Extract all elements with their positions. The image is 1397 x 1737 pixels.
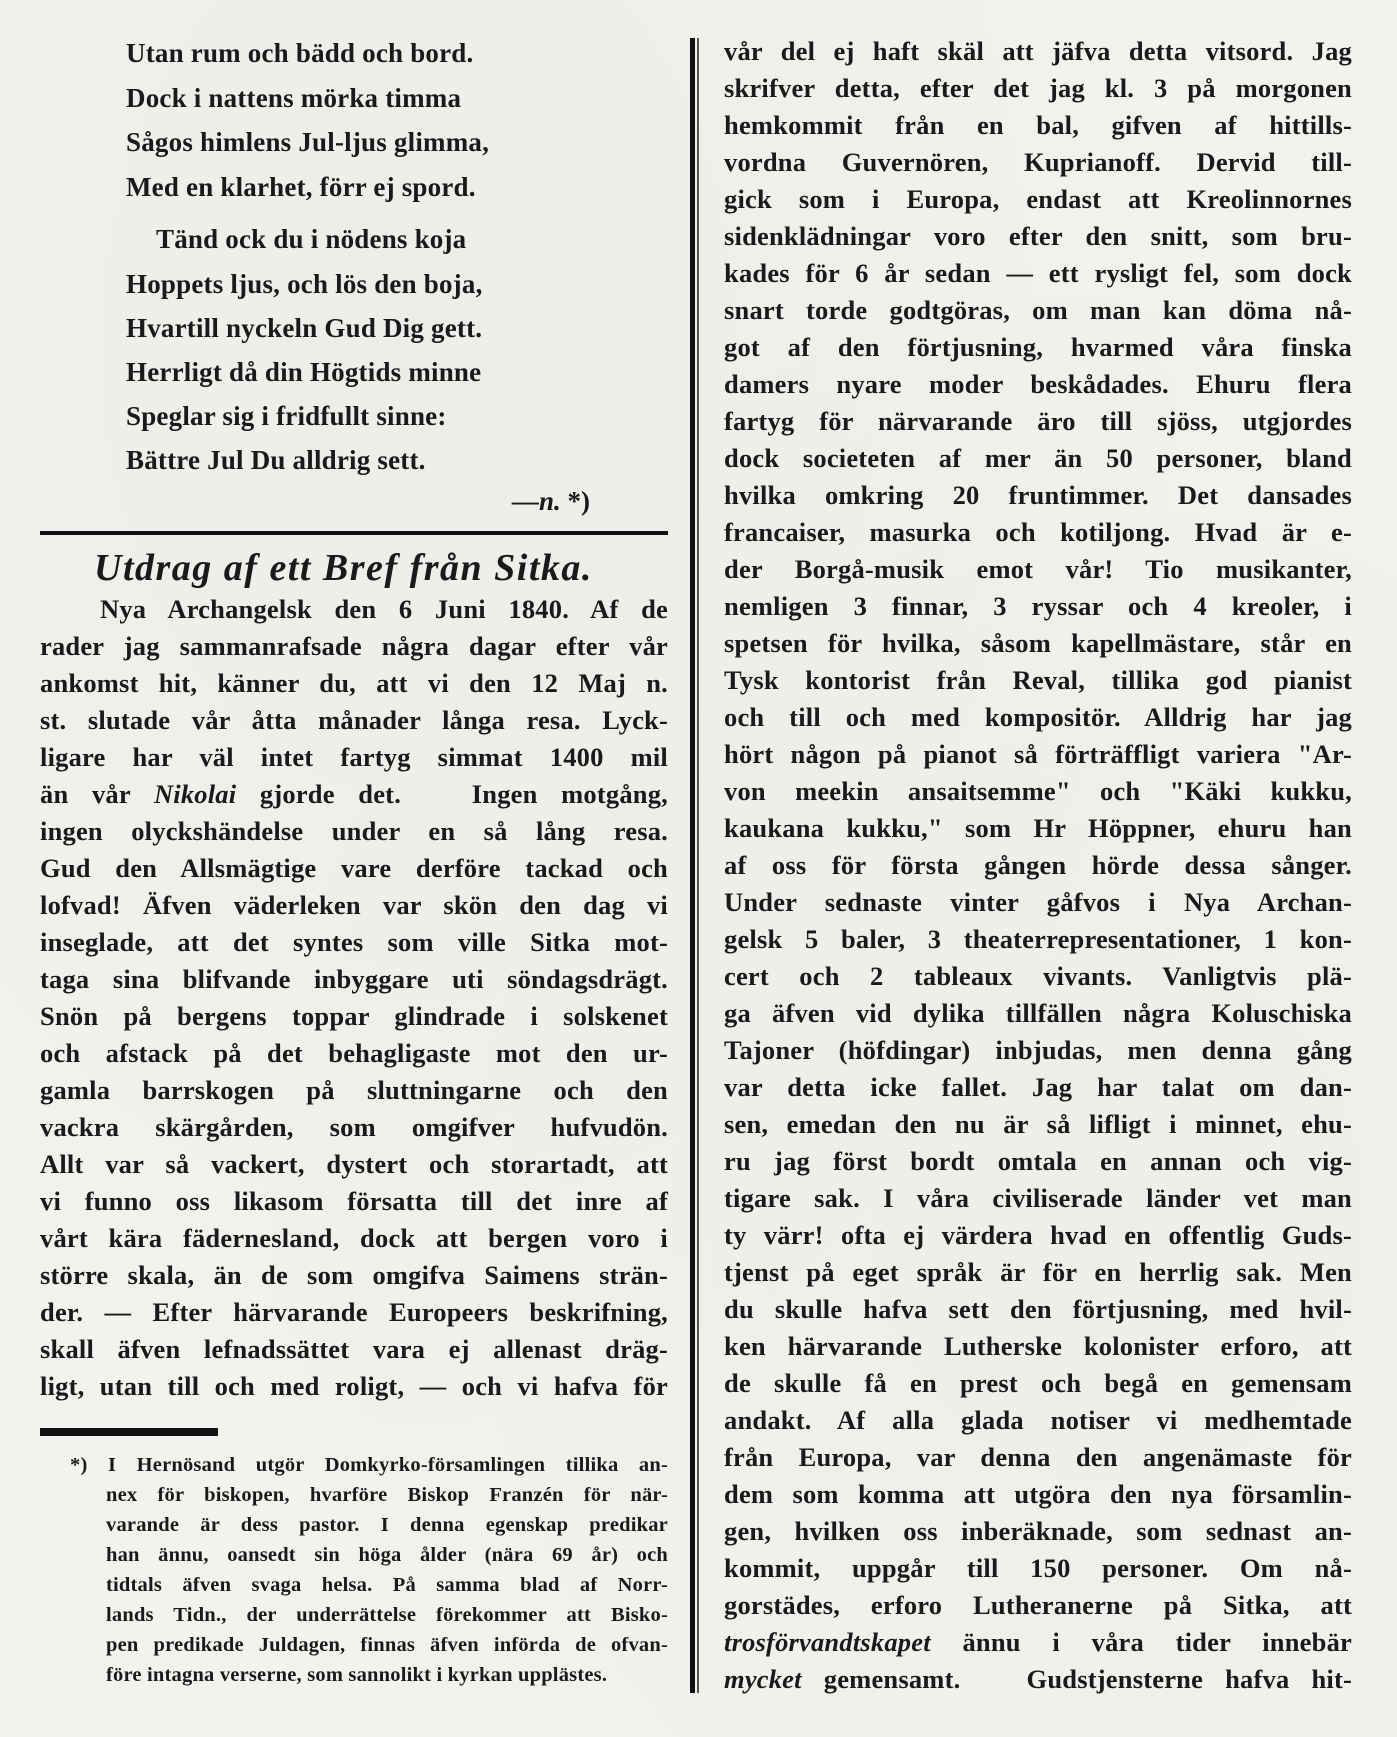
body-line: ligare har väl intet fartyg simmat 1400 …	[40, 742, 668, 773]
body-line: var detta icke fallet. Jag har talat om …	[724, 1072, 1352, 1103]
poem-line: Sågos himlens Jul-ljus glimma,	[126, 127, 489, 158]
body-line: dem som komma att utgöra den nya församl…	[724, 1479, 1352, 1510]
body-line: tigare sak. I våra civiliserade länder v…	[724, 1183, 1352, 1214]
poem-line: Med en klarhet, förr ej spord.	[126, 172, 476, 203]
body-line: du skulle hafva sett den förtjusning, me…	[724, 1294, 1352, 1325]
article-title: Utdrag af ett Bref från Sitka.	[94, 546, 593, 590]
body-line: vårt kära fädernesland, dock att bergen …	[40, 1223, 668, 1254]
body-line: vår del ej haft skäl att jäfva detta vit…	[724, 36, 1352, 67]
body-line: vi funno oss likasom försatta till det i…	[40, 1186, 668, 1217]
body-line: från Europa, var denna den angenämaste f…	[724, 1442, 1352, 1473]
body-line: nemligen 3 finnar, 3 ryssar och 4 kreole…	[724, 591, 1352, 622]
body-line: vordna Guvernören, Kuprianoff. Dervid ti…	[724, 147, 1352, 178]
poem-line: Tänd ock du i nödens koja	[156, 224, 466, 255]
body-line: tjenst på eget språk är för en herrlig s…	[724, 1257, 1352, 1288]
poem-line: Speglar sig i fridfullt sinne:	[126, 401, 447, 432]
poem-line: Hoppets ljus, och lös den boja,	[126, 269, 483, 300]
footnote-line: lands Tidn., der underrättelse förekomme…	[106, 1604, 668, 1627]
footnote-line: varande är dess pastor. I denna egenskap…	[106, 1514, 668, 1537]
body-line: fartyg för närvarande äro till sjöss, ut…	[724, 406, 1352, 437]
body-line: Tysk kontorist från Reval, tillika god p…	[724, 665, 1352, 696]
body-line: andakt. Af alla glada notiser vi medhemt…	[724, 1405, 1352, 1436]
body-line: skall äfven lefnadssättet vara ej allena…	[40, 1334, 668, 1365]
body-line: spetsen för hvilka, såsom kapellmästare,…	[724, 628, 1352, 659]
poem-line: Dock i nattens mörka timma	[126, 83, 461, 114]
body-line: dock societeten af mer än 50 personer, b…	[724, 443, 1352, 474]
body-line: och till och med kompositör. Alldrig har…	[724, 702, 1352, 733]
body-line: hemkommit från en bal, gifven af hittill…	[724, 110, 1352, 141]
poem-signature: —n. *)	[512, 486, 590, 517]
column-divider	[690, 38, 695, 1693]
body-line: gick som i Europa, endast att Kreolinnor…	[724, 184, 1352, 215]
body-line: cert och 2 tableaux vivants. Vanligtvis …	[724, 961, 1352, 992]
section-rule	[40, 531, 668, 535]
body-line: rader jag sammanrafsade några dagar efte…	[40, 631, 668, 662]
body-line: sidenklädningar voro efter den snitt, so…	[724, 221, 1352, 252]
body-line: ankomst hit, känner du, att vi den 12 Ma…	[40, 668, 668, 699]
body-line: kades för 6 år sedan — ett rysligt fel, …	[724, 258, 1352, 289]
body-line: der Borgå-musik emot vår! Tio musikanter…	[724, 554, 1352, 585]
body-line: von meekin ansaitsemme" och "Käki kukku,	[724, 776, 1352, 807]
body-line: Tajoner (höfdingar) inbjudas, men denna …	[724, 1035, 1352, 1066]
body-line: sen, emedan den nu är så lifligt i minne…	[724, 1109, 1352, 1140]
body-line: ty värr! ofta ej värdera hvad en offentl…	[724, 1220, 1352, 1251]
body-line: gen, hvilken oss inberäknade, som sednas…	[724, 1516, 1352, 1547]
body-line: gorstädes, erforo Lutheranerne på Sitka,…	[724, 1590, 1352, 1621]
newspaper-page: Utan rum och bädd och bord. Dock i natte…	[0, 0, 1397, 1737]
body-line: st. slutade vår åtta månader långa resa.…	[40, 705, 668, 736]
body-line: ru jag först bordt omtala en annan och v…	[724, 1146, 1352, 1177]
italic-word: trosförvandtskapet	[724, 1627, 931, 1657]
ship-name: Nikolai	[154, 779, 236, 809]
body-line: skrifver detta, efter det jag kl. 3 på m…	[724, 73, 1352, 104]
body-line: hört någon på pianot så förträffligt var…	[724, 739, 1352, 770]
body-line: ingen olyckshändelse under en så lång re…	[40, 816, 668, 847]
body-line: ken härvarande Lutherske kolonister erfo…	[724, 1331, 1352, 1362]
body-line-with-italic: än vår Nikolai gjorde det. Ingen motgång…	[40, 779, 668, 810]
body-line: gamla barrskogen på sluttningarne och de…	[40, 1075, 668, 1106]
body-line: Nya Archangelsk den 6 Juni 1840. Af de	[100, 594, 668, 625]
footnote-mark: *)	[568, 486, 591, 516]
body-line: taga sina blifvande inbyggare uti söndag…	[40, 964, 668, 995]
body-line: der. — Efter härvarande Europeers beskri…	[40, 1297, 668, 1328]
body-line: ligt, utan till och med roligt, — och vi…	[40, 1371, 668, 1402]
footnote-line: han ännu, oansedt sin höga ålder (nära 6…	[106, 1544, 668, 1567]
poem-line: Bättre Jul Du alldrig sett.	[126, 445, 426, 476]
column-divider-inner	[697, 38, 699, 1693]
body-line: ga äfven vid dylika tillfällen några Kol…	[724, 998, 1352, 1029]
footnote-line: tidtals äfven svaga helsa. På samma blad…	[106, 1574, 668, 1597]
poem-line: Utan rum och bädd och bord.	[126, 38, 473, 69]
body-line: hvilka omkring 20 fruntimmer. Det dansad…	[724, 480, 1352, 511]
footnote-line: *) I Hernösand utgör Domkyrko-församling…	[70, 1454, 668, 1477]
body-line: af oss för första gången hörde dessa sån…	[724, 850, 1352, 881]
italic-word: mycket	[724, 1664, 802, 1694]
body-line: och afstack på det behagligaste mot den …	[40, 1038, 668, 1069]
footnote-line: före intagna verserne, som sannolikt i k…	[106, 1664, 668, 1687]
body-line: kaukana kukku," som Hr Höppner, ehuru ha…	[724, 813, 1352, 844]
body-line: Gud den Allsmägtige vare derföre tackad …	[40, 853, 668, 884]
body-line: vackra skärgården, som omgifver hufvudön…	[40, 1112, 668, 1143]
body-line: Snön på bergens toppar glindrade i solsk…	[40, 1001, 668, 1032]
body-line: de skulle få en prest och begå en gemens…	[724, 1368, 1352, 1399]
body-line-with-italic: mycket gemensamt. Gudstjensterne hafva h…	[724, 1664, 1352, 1695]
body-line: got af den förtjusning, hvarmed våra fin…	[724, 332, 1352, 363]
body-line: gelsk 5 baler, 3 theaterrepresentationer…	[724, 924, 1352, 955]
body-line: Allt var så vackert, dystert och storart…	[40, 1149, 668, 1180]
footnote-line: nex för biskopen, hvarföre Biskop Franzé…	[106, 1484, 668, 1507]
body-line: kommit, uppgår till 150 personer. Om nå-	[724, 1553, 1352, 1584]
footnote-line: pen predikade Juldagen, finnas äfven inf…	[106, 1634, 668, 1657]
body-line: snart torde godtgöras, om man kan döma n…	[724, 295, 1352, 326]
signature-text: —n.	[512, 486, 561, 516]
poem-line: Hvartill nyckeln Gud Dig gett.	[126, 313, 482, 344]
body-line: inseglade, att det syntes som ville Sitk…	[40, 927, 668, 958]
body-line: Under sednaste vinter gåfvos i Nya Archa…	[724, 887, 1352, 918]
body-line: francaiser, masurka och kotiljong. Hvad …	[724, 517, 1352, 548]
body-line-with-italic: trosförvandtskapet ännu i våra tider inn…	[724, 1627, 1352, 1658]
body-line: damers nyare moder beskådades. Ehuru fle…	[724, 369, 1352, 400]
footnote-rule	[40, 1428, 218, 1436]
body-line: lofvad! Äfven väderleken var skön den da…	[40, 890, 668, 921]
body-line: större skala, än de som omgifva Saimens …	[40, 1260, 668, 1291]
poem-line: Herrligt då din Högtids minne	[126, 357, 481, 388]
